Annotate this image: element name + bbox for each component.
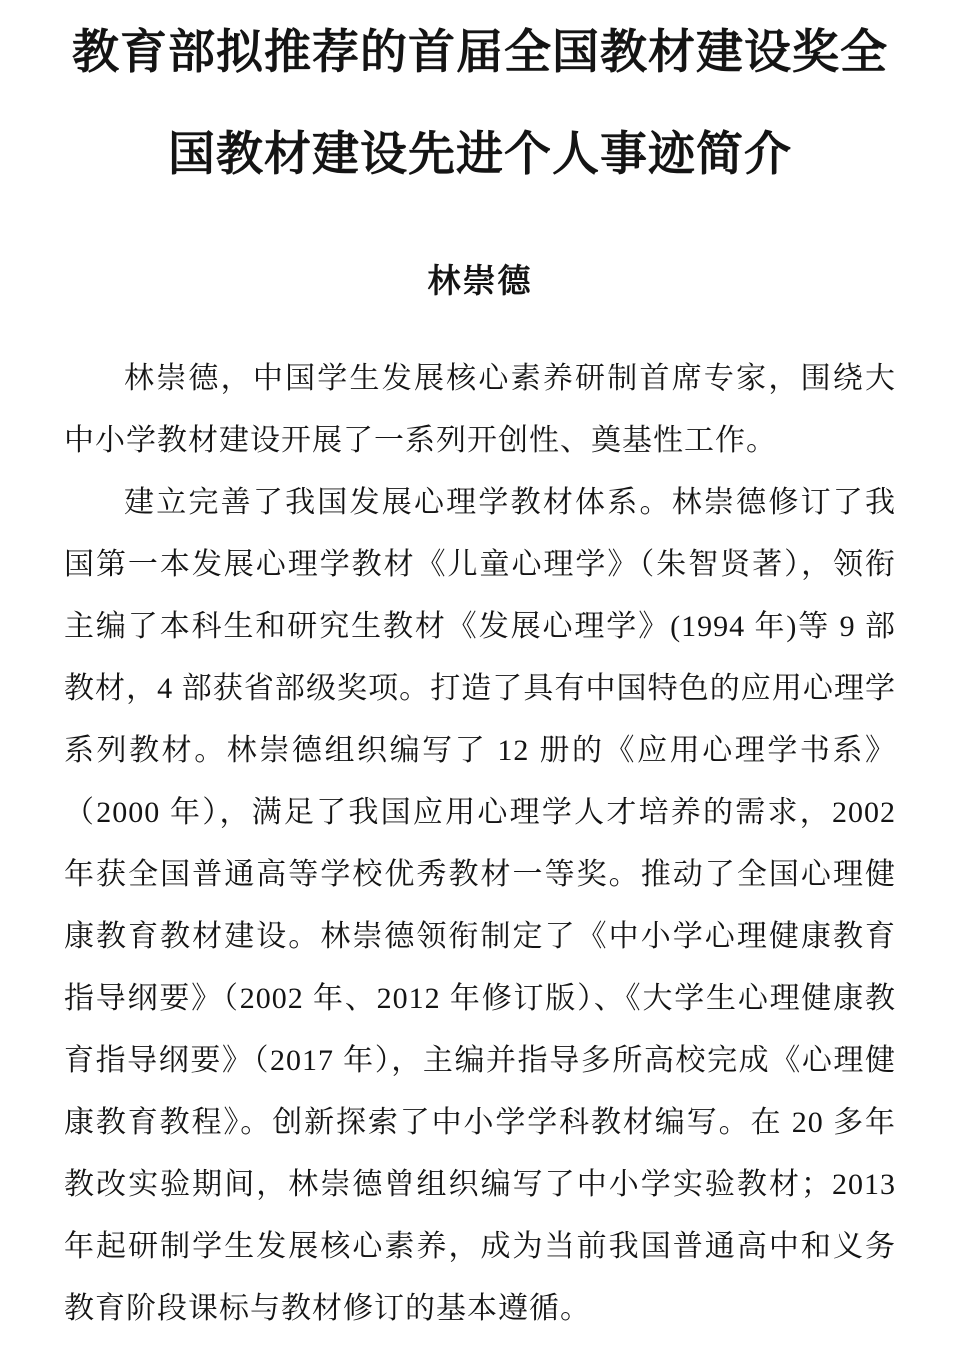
document-body: 林崇德，中国学生发展核心素养研制首席专家，围绕大中小学教材建设开展了一系列开创性… — [0, 348, 960, 1340]
title-line-2: 国教材建设先进个人事迹简介 — [0, 104, 960, 206]
intro-paragraph: 林崇德，中国学生发展核心素养研制首席专家，围绕大中小学教材建设开展了一系列开创性… — [64, 348, 896, 472]
achievements-paragraph: 建立完善了我国发展心理学教材体系。林崇德修订了我国第一本发展心理学教材《儿童心理… — [64, 472, 896, 1340]
person-name-heading: 林崇德 — [0, 262, 960, 302]
document-title: 教育部拟推荐的首届全国教材建设奖全 国教材建设先进个人事迹简介 — [0, 0, 960, 206]
title-line-1: 教育部拟推荐的首届全国教材建设奖全 — [0, 2, 960, 104]
document-page: 教育部拟推荐的首届全国教材建设奖全 国教材建设先进个人事迹简介 林崇德 林崇德，… — [0, 0, 960, 1350]
